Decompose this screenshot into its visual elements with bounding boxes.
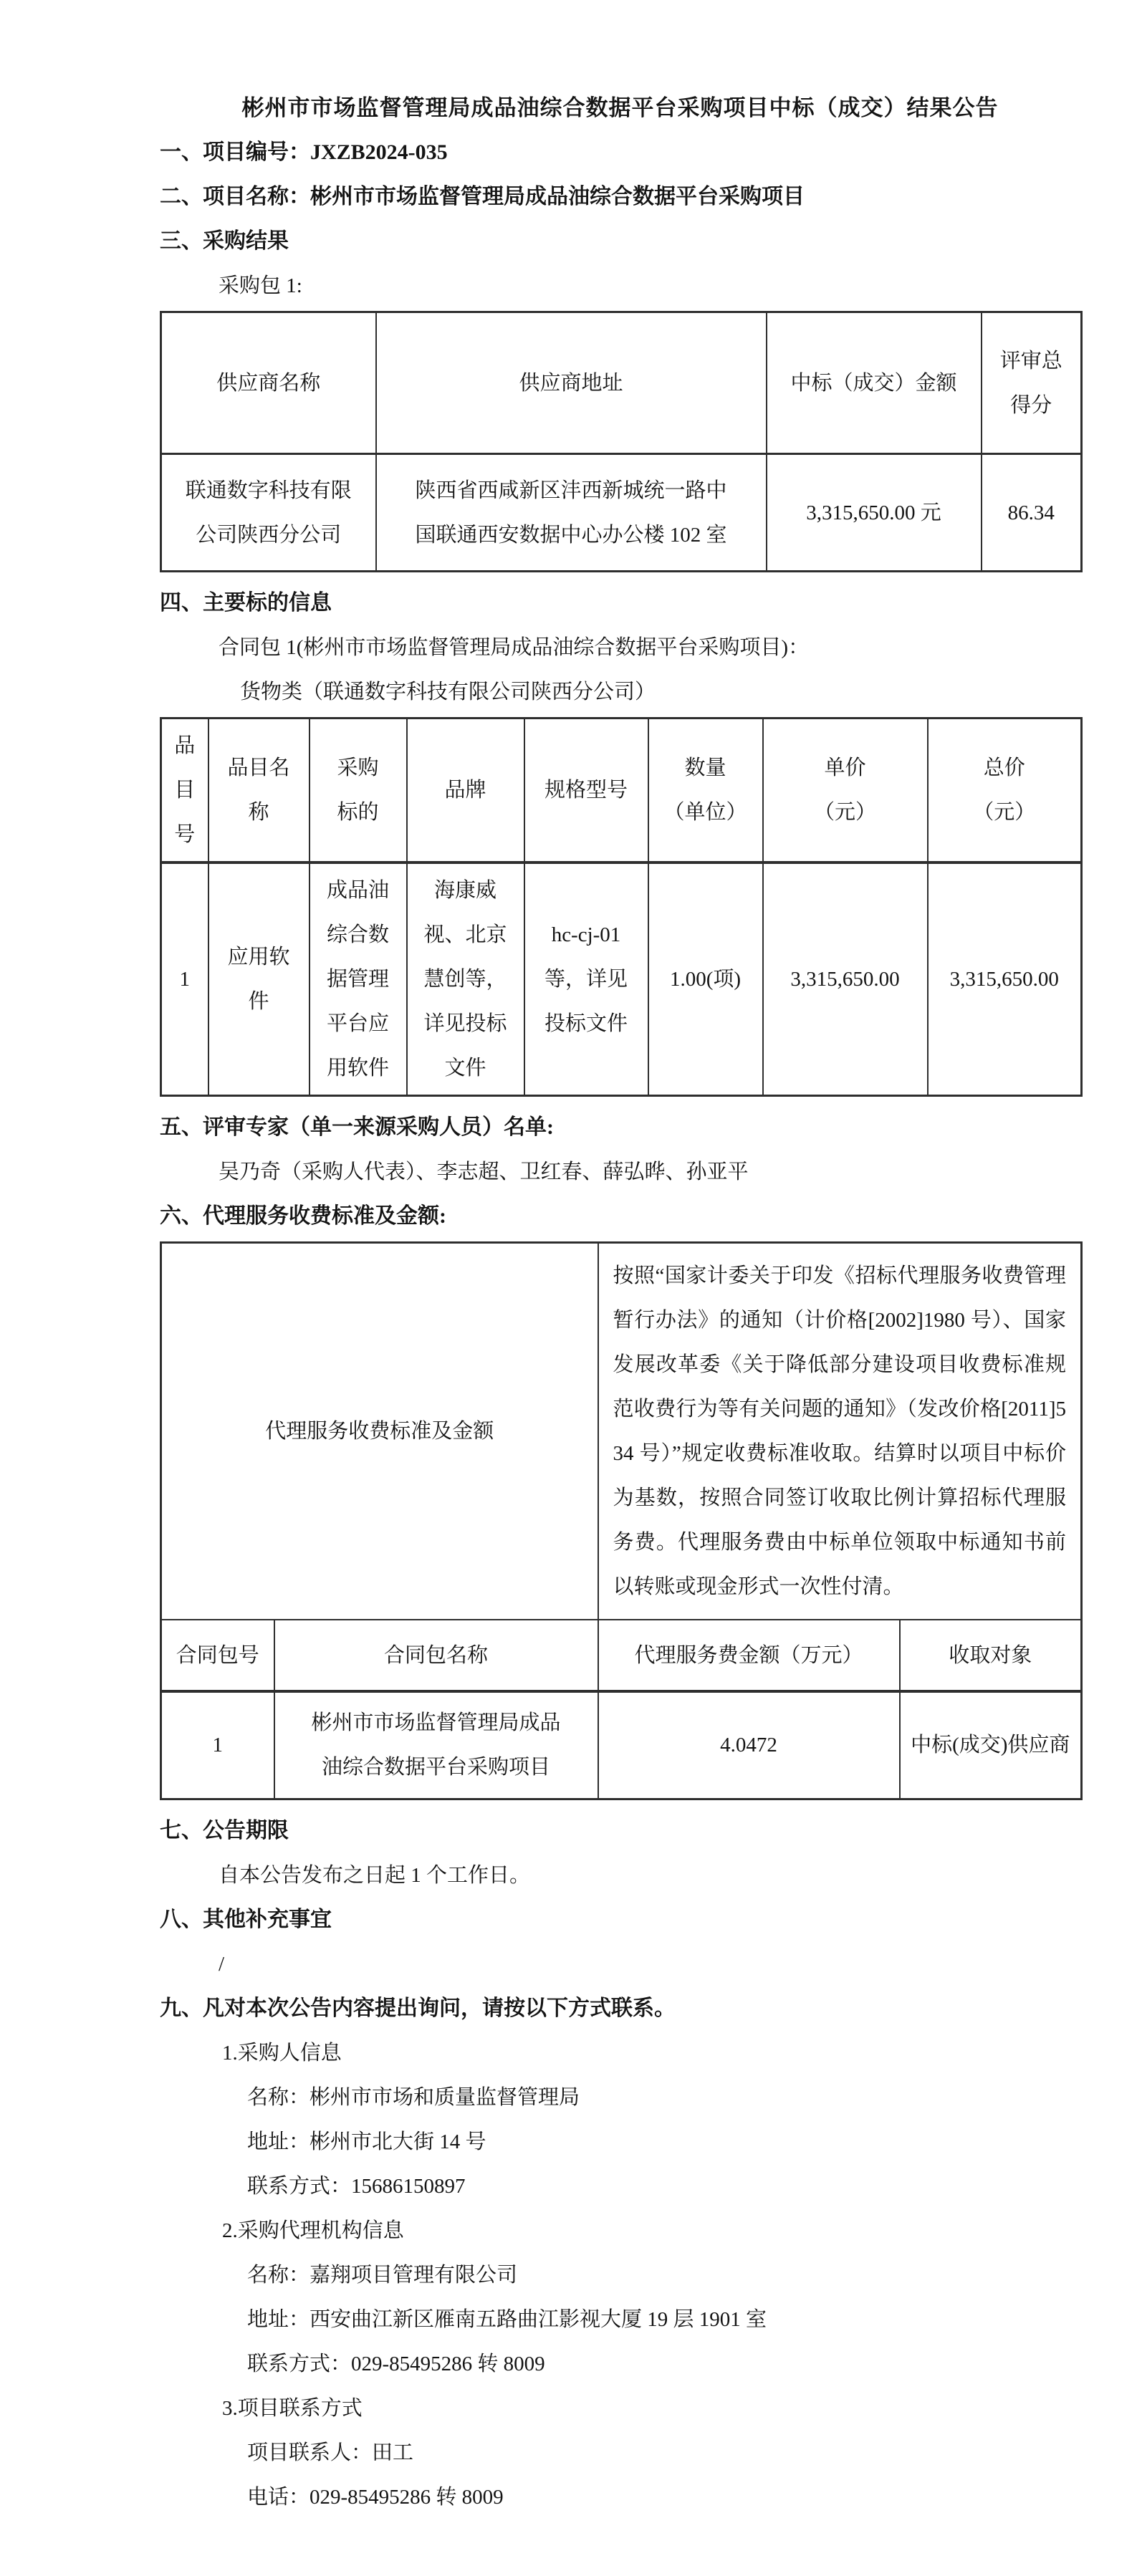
header-supplier-address: 供应商地址 — [376, 312, 767, 454]
agency-contact: 联系方式：029-85495286 转 8009 — [160, 2342, 1080, 2386]
cell-spec-model: hc-cj-01 等，详见 投标文件 — [524, 862, 648, 1096]
agency-address: 地址：西安曲江新区雁南五路曲江影视大厦 19 层 1901 室 — [160, 2297, 1080, 2342]
header-brand: 品牌 — [407, 719, 524, 863]
cell-supplier-address: 陕西省西咸新区沣西新城统一路中 国联通西安数据中心办公楼 102 室 — [376, 454, 767, 572]
section-7-announcement-period: 七、公告期限 — [160, 1809, 1080, 1853]
section-3-procurement-result: 三、采购结果 — [160, 219, 1080, 264]
section-2-project-name: 二、项目名称：彬州市市场监督管理局成品油综合数据平台采购项目 — [160, 175, 1080, 219]
cell-contract-package-no: 1 — [161, 1691, 274, 1799]
header-review-score: 评审总 得分 — [982, 312, 1082, 454]
fee-standard-label: 代理服务收费标准及金额 — [161, 1243, 598, 1620]
section-9-contact-info: 九、凡对本次公告内容提出询问，请按以下方式联系。 — [160, 1986, 1080, 2031]
header-award-amount: 中标（成交）金额 — [767, 312, 982, 454]
result-table-header-row: 供应商名称 供应商地址 中标（成交）金额 评审总 得分 — [161, 312, 1082, 454]
goods-category-line: 货物类（联通数字科技有限公司陕西分公司） — [160, 670, 1080, 714]
document-body: 彬州市市场监督管理局成品油综合数据平台采购项目中标（成交）结果公告 一、项目编号… — [160, 86, 1080, 2519]
section-4-main-subject-info: 四、主要标的信息 — [160, 581, 1080, 625]
cell-quantity-unit: 1.00(项) — [648, 862, 763, 1096]
cell-item-name: 应用软 件 — [208, 862, 310, 1096]
contract-package-line: 合同包 1(彬州市市场监督管理局成品油综合数据平台采购项目)： — [160, 625, 1080, 670]
fee-standard-text: 按照“国家计委关于印发《招标代理服务收费管理暂行办法》的通知（计价格[2002]… — [598, 1243, 1082, 1620]
agency-info-heading: 2.采购代理机构信息 — [160, 2209, 1080, 2253]
purchaser-contact: 联系方式：15686150897 — [160, 2164, 1080, 2209]
fee-table-header-row: 合同包号 合同包名称 代理服务费金额（万元） 收取对象 — [161, 1620, 1082, 1691]
cell-item-no: 1 — [161, 862, 208, 1096]
header-spec-model: 规格型号 — [524, 719, 648, 863]
section-1-project-number: 一、项目编号：JXZB2024-035 — [160, 130, 1080, 175]
cell-award-amount: 3,315,650.00 元 — [767, 454, 982, 572]
cell-fee-payer: 中标(成交)供应商 — [900, 1691, 1082, 1799]
header-contract-package-no: 合同包号 — [161, 1620, 274, 1691]
subject-table-header-row: 品 目 号 品目名 称 采购 标的 品牌 规格型号 数量 （单位） 单价 （元）… — [161, 719, 1082, 863]
header-unit-price: 单价 （元） — [763, 719, 928, 863]
subject-table: 品 目 号 品目名 称 采购 标的 品牌 规格型号 数量 （单位） 单价 （元）… — [160, 717, 1083, 1097]
package-1-label: 采购包 1: — [160, 264, 1080, 308]
project-contact-phone: 电话：029-85495286 转 8009 — [160, 2475, 1080, 2519]
cell-supplier-name: 联通数字科技有限 公司陕西分公司 — [161, 454, 376, 572]
header-fee-amount: 代理服务费金额（万元） — [598, 1620, 900, 1691]
header-quantity-unit: 数量 （单位） — [648, 719, 763, 863]
other-matters-text: / — [160, 1942, 1080, 1986]
cell-procurement-subject: 成品油 综合数 据管理 平台应 用软件 — [310, 862, 407, 1096]
fee-table-row: 1 彬州市市场监督管理局成品 油综合数据平台采购项目 4.0472 中标(成交)… — [161, 1691, 1082, 1799]
agency-name: 名称：嘉翔项目管理有限公司 — [160, 2253, 1080, 2297]
cell-fee-amount: 4.0472 — [598, 1691, 900, 1799]
header-item-no: 品 目 号 — [161, 719, 208, 863]
purchaser-name: 名称：彬州市市场和质量监督管理局 — [160, 2075, 1080, 2120]
section-6-agency-fee: 六、代理服务收费标准及金额: — [160, 1194, 1080, 1239]
header-supplier-name: 供应商名称 — [161, 312, 376, 454]
purchaser-address: 地址：彬州市北大街 14 号 — [160, 2120, 1080, 2164]
announcement-page: 彬州市市场监督管理局成品油综合数据平台采购项目中标（成交）结果公告 一、项目编号… — [0, 0, 1137, 2576]
header-total-price: 总价 （元） — [928, 719, 1082, 863]
cell-brand: 海康威 视、北京 慧创等， 详见投标 文件 — [407, 862, 524, 1096]
result-table-row: 联通数字科技有限 公司陕西分公司 陕西省西咸新区沣西新城统一路中 国联通西安数据… — [161, 454, 1082, 572]
cell-total-price: 3,315,650.00 — [928, 862, 1082, 1096]
header-fee-payer: 收取对象 — [900, 1620, 1082, 1691]
header-item-name: 品目名 称 — [208, 719, 310, 863]
agency-fee-table: 代理服务收费标准及金额 按照“国家计委关于印发《招标代理服务收费管理暂行办法》的… — [160, 1241, 1083, 1800]
project-contact-person: 项目联系人：田工 — [160, 2431, 1080, 2475]
purchaser-info-heading: 1.采购人信息 — [160, 2031, 1080, 2075]
cell-review-score: 86.34 — [982, 454, 1082, 572]
page-title: 彬州市市场监督管理局成品油综合数据平台采购项目中标（成交）结果公告 — [160, 86, 1080, 130]
announcement-period-text: 自本公告发布之日起 1 个工作日。 — [160, 1853, 1080, 1898]
fee-standard-row: 代理服务收费标准及金额 按照“国家计委关于印发《招标代理服务收费管理暂行办法》的… — [161, 1243, 1082, 1620]
subject-table-row: 1 应用软 件 成品油 综合数 据管理 平台应 用软件 海康威 视、北京 慧创等… — [161, 862, 1082, 1096]
result-table: 供应商名称 供应商地址 中标（成交）金额 评审总 得分 联通数字科技有限 公司陕… — [160, 311, 1083, 572]
section-5-review-experts: 五、评审专家（单一来源采购人员）名单: — [160, 1105, 1080, 1150]
project-contact-heading: 3.项目联系方式 — [160, 2386, 1080, 2431]
expert-names: 吴乃奇（采购人代表）、李志超、卫红春、薛弘晔、孙亚平 — [160, 1150, 1080, 1194]
header-procurement-subject: 采购 标的 — [310, 719, 407, 863]
cell-unit-price: 3,315,650.00 — [763, 862, 928, 1096]
cell-contract-package-name: 彬州市市场监督管理局成品 油综合数据平台采购项目 — [274, 1691, 598, 1799]
section-8-other-matters: 八、其他补充事宜 — [160, 1898, 1080, 1942]
header-contract-package-name: 合同包名称 — [274, 1620, 598, 1691]
